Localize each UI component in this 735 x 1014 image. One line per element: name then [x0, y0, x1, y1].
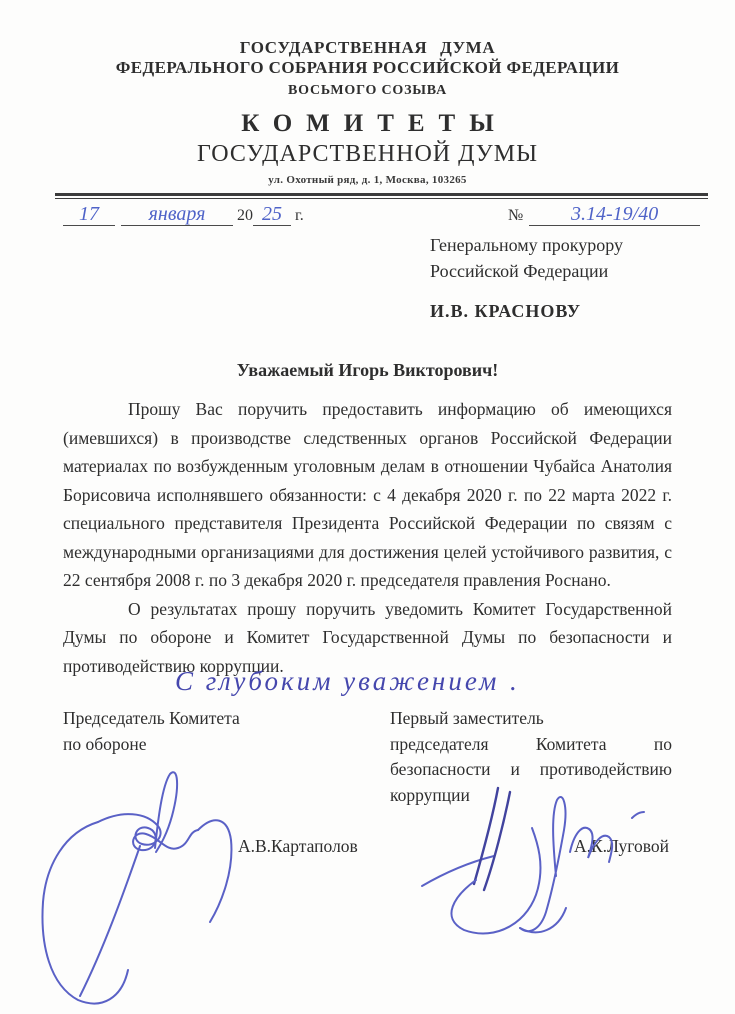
- number-and-recipient: № 3.14-19/40 Генеральному прокурору Росс…: [403, 204, 672, 322]
- left-title-line1: Председатель Комитета: [63, 706, 363, 732]
- recipient-line2: Российской Федерации: [430, 258, 672, 284]
- convocation-line: ВОСЬМОГО СОЗЫВА: [63, 83, 672, 99]
- right-title-line2: председателя Комитета по: [390, 732, 672, 758]
- date-month-handwritten: января: [121, 204, 233, 226]
- letterhead-divider: [55, 193, 708, 199]
- recipient-block: Генеральному прокурору Российской Федера…: [430, 232, 672, 284]
- closing-period: .: [509, 666, 519, 696]
- letterhead: ГОСУДАРСТВЕННАЯ ДУМА ФЕДЕРАЛЬНОГО СОБРАН…: [63, 38, 672, 186]
- address-line: ул. Охотный ряд, д. 1, Москва, 103265: [63, 174, 672, 186]
- committees-title: КОМИТЕТЫ: [63, 110, 672, 138]
- date-century-printed: 20: [237, 207, 253, 226]
- recipient-name: И.В. КРАСНОВУ: [430, 301, 672, 322]
- outgoing-number-handwritten: 3.14-19/40: [529, 204, 700, 226]
- closing-text: С глубоким уважением: [175, 666, 499, 696]
- signatory-left-name: А.В.Картаполов: [238, 836, 358, 857]
- date-year-handwritten: 25: [253, 204, 291, 226]
- signatory-right-title: Первый заместитель председателя Комитета…: [390, 706, 672, 808]
- salutation: Уважаемый Игорь Викторович!: [63, 360, 672, 381]
- date-suffix: г.: [295, 207, 304, 226]
- signatory-left-title: Председатель Комитета по обороне: [63, 706, 363, 808]
- org-name-line2: ФЕДЕРАЛЬНОГО СОБРАНИЯ РОССИЙСКОЙ ФЕДЕРАЦ…: [63, 58, 672, 77]
- outgoing-number-field: № 3.14-19/40: [508, 204, 700, 226]
- signatory-titles: Председатель Комитета по обороне Первый …: [63, 706, 672, 808]
- date-field: 17 января 20 25 г.: [63, 204, 403, 226]
- right-title-line4: коррупции: [390, 783, 672, 809]
- recipient-line1: Генеральному прокурору: [430, 232, 672, 258]
- right-title-line1: Первый заместитель: [390, 706, 672, 732]
- closing-handwritten: С глубоким уважением.: [175, 664, 672, 698]
- duma-title: ГОСУДАРСТВЕННОЙ ДУМЫ: [63, 141, 672, 168]
- letter-page: ГОСУДАРСТВЕННАЯ ДУМА ФЕДЕРАЛЬНОГО СОБРАН…: [0, 0, 735, 1014]
- number-sign: №: [508, 207, 523, 226]
- signatory-right-name: А.К.Луговой: [574, 836, 669, 857]
- date-day-handwritten: 17: [63, 204, 115, 226]
- left-title-line2: по обороне: [63, 732, 363, 758]
- right-title-line3: безопасности и противодействию: [390, 757, 672, 783]
- letter-body: Прошу Вас поручить предоставить информац…: [63, 395, 672, 680]
- dateline: 17 января 20 25 г. № 3.14-19/40 Генераль…: [63, 204, 672, 322]
- org-name-line1: ГОСУДАРСТВЕННАЯ ДУМА: [63, 38, 672, 57]
- body-paragraph-1: Прошу Вас поручить предоставить информац…: [63, 395, 672, 595]
